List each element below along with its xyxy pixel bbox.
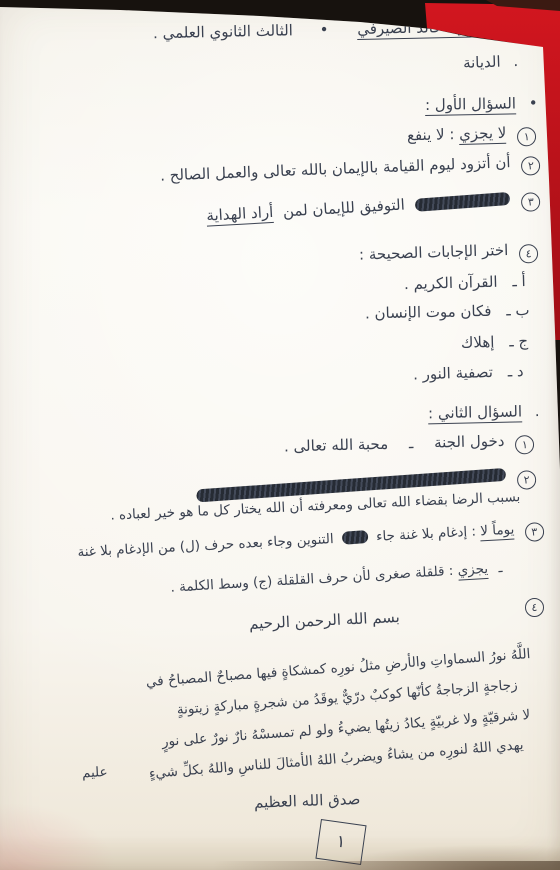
- circled-number-2: ٢: [521, 156, 541, 176]
- choice-a-letter: أ ـ: [512, 272, 526, 290]
- q1-choice-b: ب ـ فكان موت الإنسان .: [365, 301, 530, 323]
- q2-item-3-term2: يجزي: [457, 561, 489, 581]
- q1-item-3-underlined: أراد الهداية: [206, 203, 274, 227]
- choice-d-letter: د ـ: [508, 362, 524, 380]
- q1-item-2-text: أن أتزود ليوم القيامة بالإيمان بالله تعا…: [159, 153, 510, 184]
- verse-text-5: عليم: [82, 764, 108, 781]
- question2-title-text: السؤال الثاني :: [428, 402, 522, 424]
- q1-item-1-term: لا يجزي: [459, 124, 507, 145]
- circled-number-3: ٣: [525, 522, 545, 542]
- q1-choice-d: د ـ تصفية النور .: [413, 362, 524, 384]
- question1-title-text: السؤال الأول :: [425, 94, 516, 116]
- page-number: ١: [335, 831, 347, 852]
- verse-closing: صدق الله العظيم: [253, 790, 360, 812]
- q2-item-3-line1: ٣ يوماً لا : إدغام بلا غنة جاء التنوين و…: [77, 520, 544, 565]
- q1-item-4: ٤ اختر الإجابات الصحيحة :: [359, 240, 539, 269]
- choice-b-letter: ب ـ: [507, 301, 531, 319]
- question1-title: • السؤال الأول :: [425, 94, 538, 115]
- q1-item-3-text: التوفيق للإيمان لمن: [282, 196, 405, 221]
- bullet-mark: •: [529, 94, 538, 112]
- dash-mark: ـ: [498, 560, 503, 576]
- q1-choice-c: ج ـ إهلاك: [461, 332, 529, 352]
- bottom-edge-shadow: [0, 861, 560, 870]
- circled-number-1: ١: [517, 127, 536, 146]
- verse-line-5: عليم: [82, 764, 108, 782]
- dash-mark: ـ: [408, 434, 413, 453]
- dot-mark: .: [535, 402, 540, 420]
- choice-a-text: القرآن الكريم .: [404, 273, 498, 293]
- circled-number-4: ٤: [519, 244, 539, 264]
- q2-item-1-part2: محبة الله تعالى .: [284, 435, 389, 456]
- dot-mark: .: [513, 52, 518, 70]
- subject-label: الديانة: [463, 53, 501, 72]
- q2-item-1: ١ دخول الجنة ـ محبة الله تعالى .: [284, 431, 535, 461]
- q1-item-1: ١ لا يجزي : لا ينفع: [407, 123, 537, 149]
- q1-item-4-text: اختر الإجابات الصحيحة :: [359, 241, 509, 264]
- q1-item-3: ٣ التوفيق للإيمان لمن أراد الهداية: [206, 188, 541, 230]
- circled-number-4: ٤: [525, 598, 544, 617]
- q1-choice-a: أ ـ القرآن الكريم .: [404, 272, 526, 294]
- question2-title: . السؤال الثاني :: [428, 402, 540, 423]
- choice-c-letter: ج ـ: [509, 332, 528, 350]
- q2-item-3-text-b: التنوين وجاء بعده حرف (ل) من الإدغام بلا…: [77, 531, 334, 560]
- scribble-mark: [415, 192, 511, 212]
- closing-text: صدق الله العظيم: [253, 790, 360, 812]
- basmala-line: بسم الله الرحمن الرحيم: [249, 608, 400, 634]
- q2-item-3-term: يوماً لا: [480, 522, 515, 542]
- circled-number-2: ٢: [517, 470, 537, 490]
- q2-item-3-line2: ـ يجزي : قلقلة صغرى لأن حرف القلقلة (ج) …: [170, 560, 503, 597]
- choice-c-text: إهلاك: [461, 333, 495, 352]
- scribble-mark: [342, 530, 369, 545]
- circled-number-3: ٣: [521, 192, 541, 212]
- subject-line: . الديانة: [463, 52, 519, 73]
- q2-item-3-text-a: : إدغام بلا غنة جاء: [376, 524, 477, 545]
- choice-b-text: فكان موت الإنسان .: [365, 302, 492, 323]
- circled-number-1: ١: [515, 435, 534, 454]
- paper-sheet: . فاطمة الزهراء خالد الصيرفي • الثالث ال…: [0, 0, 560, 870]
- grade-label: الثالث الثانوي العلمي .: [152, 21, 292, 42]
- choice-d-text: تصفية النور .: [413, 363, 493, 384]
- q2-item-3-text-c: : قلقلة صغرى لأن حرف القلقلة (ج) وسط الك…: [170, 563, 454, 596]
- photographed-exam-page: . فاطمة الزهراء خالد الصيرفي • الثالث ال…: [0, 0, 560, 870]
- q1-item-2: ٢ أن أتزود ليوم القيامة بالإيمان بالله ت…: [159, 152, 540, 190]
- q2-item-1-part1: دخول الجنة: [434, 432, 505, 452]
- q1-item-1-text: : لا ينفع: [407, 125, 455, 144]
- basmala-text: بسم الله الرحمن الرحيم: [249, 608, 400, 633]
- page-number-box: ١: [315, 819, 366, 865]
- bullet-mark: •: [319, 21, 328, 39]
